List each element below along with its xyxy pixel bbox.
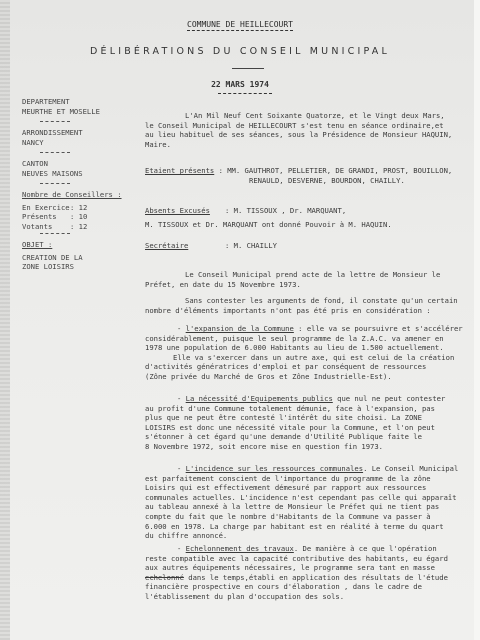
struck-word: echelonné [145,573,184,582]
commune-heading: COMMUNE DE HEILLECOURT [0,20,480,29]
arrondissement-value: NANCY [22,138,132,148]
count-label: Présents [22,212,70,222]
section-ressources: - L'incidence sur les ressources communa… [145,464,470,541]
text-line: du chiffre annoncé. [145,531,470,541]
departement-label: DEPARTEMENT [22,97,132,107]
text-line: le Conseil Municipal de HEILLECOURT s'es… [145,121,470,131]
section-title: Echelonnement des travaux [186,544,294,553]
sidebar-info: DEPARTEMENT MEURTHE ET MOSELLE ARRONDISS… [22,97,132,272]
objet-line: ZONE LOISIRS [22,262,132,272]
divider [232,68,264,69]
text-line: que nul ne peut contester [333,394,446,403]
count-value: : 12 [70,222,87,232]
text-line: 8 Novembre 1972, soit encore mise en que… [145,442,470,452]
presents-list: RENAULD, DESVERNE, BOURDON, CHAILLY. [145,176,470,186]
canton-value: NEUVES MAISONS [22,169,132,179]
page-edge [474,0,480,640]
count-label: Votants [22,222,70,232]
divider [218,93,272,94]
text-line: au profit d'une Commune totalement démun… [145,404,470,414]
text-line: dans le temps,établi en application des … [184,573,448,582]
section-title: La nécessité d'Equipements publics [186,394,333,403]
text-line: 1978 une population de 6.000 Habitants a… [145,343,470,353]
objet-line: CREATION DE LA [22,253,132,263]
proxy-statement: M. TISSOUX et Dr. MARQUANT ont donné Pou… [145,220,470,230]
attendance-present: Etaient présents : MM. GAUTHROT, PELLETI… [145,166,470,185]
divider [40,233,70,234]
secretary-value: : M. CHAILLY [225,241,277,250]
attendance-absent: Absents Excusés: M. TISSOUX , Dr. MARQUA… [145,206,470,229]
text-line: . De manière à ce que l'opération [294,544,437,553]
divider [40,152,70,153]
text-line: LOISIRS est donc une nécessité vitale po… [145,423,470,433]
binding-edge [0,0,10,640]
text-line: reste compatible avec la capacité contri… [145,554,470,564]
text-line: Sans contester les arguments de fond, il… [185,296,458,305]
text-line: plus que ne peut être contesté l'intérêt… [145,413,470,423]
divider [40,183,70,184]
text-line: nombre d'éléments importants n'ont pas é… [145,306,470,316]
count-label: En Exercice [22,203,70,213]
meeting-date: 22 MARS 1974 [0,80,480,89]
intro-paragraph: L'An Mil Neuf Cent Soixante Quatorze, et… [145,111,470,149]
text-line: 6.000 en 1978. La charge par habitant es… [145,522,470,532]
text-line: considérablement, puisque le seul progra… [145,334,470,344]
text-line: Maire. [145,140,470,150]
commune-text: COMMUNE DE HEILLECOURT [187,20,293,31]
document-page: COMMUNE DE HEILLECOURT DÉLIBÉRATIONS DU … [0,0,480,640]
text-line: aux autres équipements nécessaires, le p… [145,563,470,573]
secretary-label: Secrétaire [145,241,225,251]
text-line: financière prospective en cours d'élabor… [145,582,470,592]
arrondissement-label: ARRONDISSEMENT [22,128,132,138]
text-line: d'activités génératrices d'emploi et par… [145,362,470,372]
count-row: En Exercice: 12 [22,203,132,213]
section-title: L'incidence sur les ressources communale… [186,464,363,473]
text-line: . Le Conseil Municipal [363,464,458,473]
text-line: au lieu habituel de ses séances, sous la… [145,130,470,140]
conseillers-label: Nombre de Conseillers : [22,190,132,200]
presents-label: Etaient présents [145,166,214,175]
text-line: au tableau annexé à la lettre de Monsieu… [145,502,470,512]
text-line: L'An Mil Neuf Cent Soixante Quatorze, et… [185,111,445,120]
secretary-line: Secrétaire: M. CHAILLY [145,241,470,251]
text-line: l'établissement du plan d'occupation des… [145,592,470,602]
absents-label: Absents Excusés [145,206,225,216]
document-title: DÉLIBÉRATIONS DU CONSEIL MUNICIPAL [0,46,480,57]
objet-label: OBJET : [22,240,132,250]
canton-label: CANTON [22,159,132,169]
section-expansion: - l'expansion de la Commune : elle va se… [145,324,470,382]
departement-value: MEURTHE ET MOSELLE [22,107,132,117]
text-line: Préfet, en date du 15 Novembre 1973. [145,280,470,290]
text-line: Le Conseil Municipal prend acte de la le… [185,270,440,279]
count-value: : 10 [70,212,87,222]
text-line: compte du fait que le nombre d'Habitants… [145,512,470,522]
count-row: Votants: 12 [22,222,132,232]
absents-list: : M. TISSOUX , Dr. MARQUANT, [225,206,346,215]
text-line: : elle va se poursuivre et s'accélérer [294,324,463,333]
text-line: (Zône privée du Marché de Gros et Zône I… [145,372,470,382]
text-line: s'étonner à cet égard qu'une demande d'U… [145,432,470,442]
text-line: Elle va s'exercer dans un autre axe, qui… [173,353,454,362]
paragraph-2: Sans contester les arguments de fond, il… [145,296,470,315]
text-line: Loisirs qui est effectivement démesuré p… [145,483,470,493]
section-title: l'expansion de la Commune [186,324,294,333]
count-value: : 12 [70,203,87,213]
text-line: est parfaitement conscient de l'importan… [145,474,470,484]
presents-list: : MM. GAUTHROT, PELLETIER, DE GRANDI, PR… [219,166,453,175]
paragraph-1: Le Conseil Municipal prend acte de la le… [145,270,470,289]
section-echelonnement: - Echelonnement des travaux. De manière … [145,544,470,602]
section-equipements: - La nécessité d'Equipements publics que… [145,394,470,452]
text-line: communales actuelles. L'incidence n'est … [145,493,470,503]
count-row: Présents: 10 [22,212,132,222]
divider [40,121,70,122]
